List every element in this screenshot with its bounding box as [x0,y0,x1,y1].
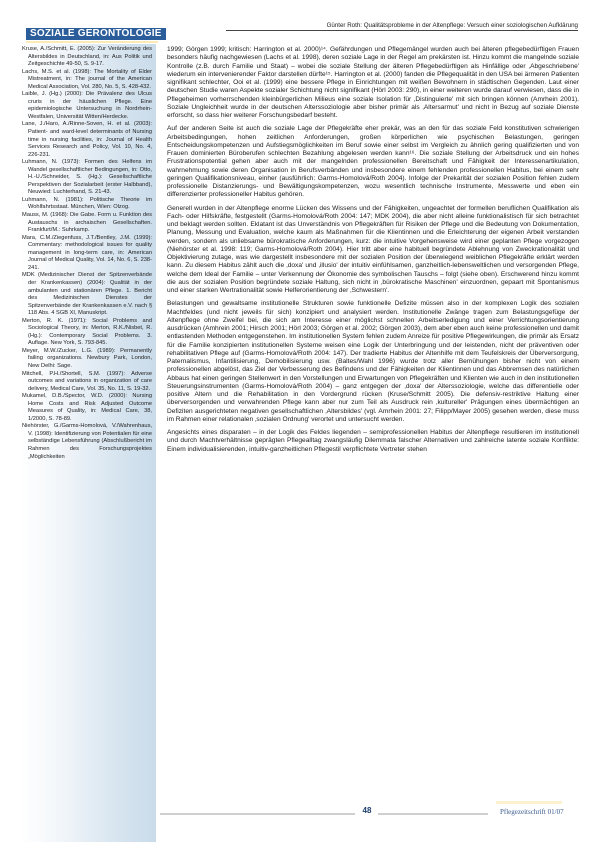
reference-item: Mara, C.M./Ziegenfuss, J.T./Bentley, J.M… [22,235,152,273]
reference-item: Kruse, A./Schmitt, E. (2005): Zur Veränd… [22,46,152,69]
body-paragraph: Generell wurden in der Altenpflege enorm… [167,205,579,296]
footer-rule-right [378,813,488,815]
footer-rule-left [160,813,355,815]
main-body-text: 1999; Görgen 1999; kritisch: Harrington … [167,46,579,459]
body-paragraph: Auf der anderen Seite ist auch die sozia… [167,125,579,199]
body-paragraph: Angesichts eines disparaten – in der Log… [167,429,579,454]
reference-item: MDK (Medizinischer Dienst der Spitzenver… [22,272,152,317]
reference-item: Meyer, M.W./Zucker, L.G. (1989): Permane… [22,348,152,371]
page-number: 48 [358,806,376,815]
body-paragraph: Belastungen und gewaltsame institutionel… [167,300,579,424]
logo-underbar [26,41,158,43]
running-head: Günter Roth: Qualitätsprobleme in der Al… [226,22,578,31]
reference-item: Lane, J./Haro, A./Rinne-Soven, H. et al.… [22,121,152,159]
journal-name: Pflegezeitschrift 01/07 [500,808,564,816]
reference-item: Luhmann, N. (1981): Politische Theorie i… [22,197,152,212]
reference-item: Mauss, M. (1968): Die Gabe. Form u. Funk… [22,212,152,235]
reference-item: Luhmann, N. (1973): Formen des Helfens i… [22,159,152,197]
reference-item: Merton, R. K. (1971): Social Problems an… [22,318,152,348]
reference-item: Laible, J. (Hg.) (2000): Die Prävalenz d… [22,91,152,121]
reference-item: Mitchell, P.H./Shortell, S.M. (1997): Ad… [22,371,152,394]
journal-badge [496,801,562,804]
reference-list: Kruse, A./Schmitt, E. (2005): Zur Veränd… [22,46,152,461]
reference-item: Lachs, M.S. et al. (1998): The Mortality… [22,69,152,92]
reference-item: Niehörster, G./Garms-Homolová, V./Wahren… [22,423,152,461]
reference-item: Mukamel, D.B./Spector, W.D. (2000): Nurs… [22,393,152,423]
section-logo: SOZIALE GERONTOLOGIE [26,28,166,40]
body-paragraph: 1999; Görgen 1999; kritisch: Harrington … [167,46,579,120]
